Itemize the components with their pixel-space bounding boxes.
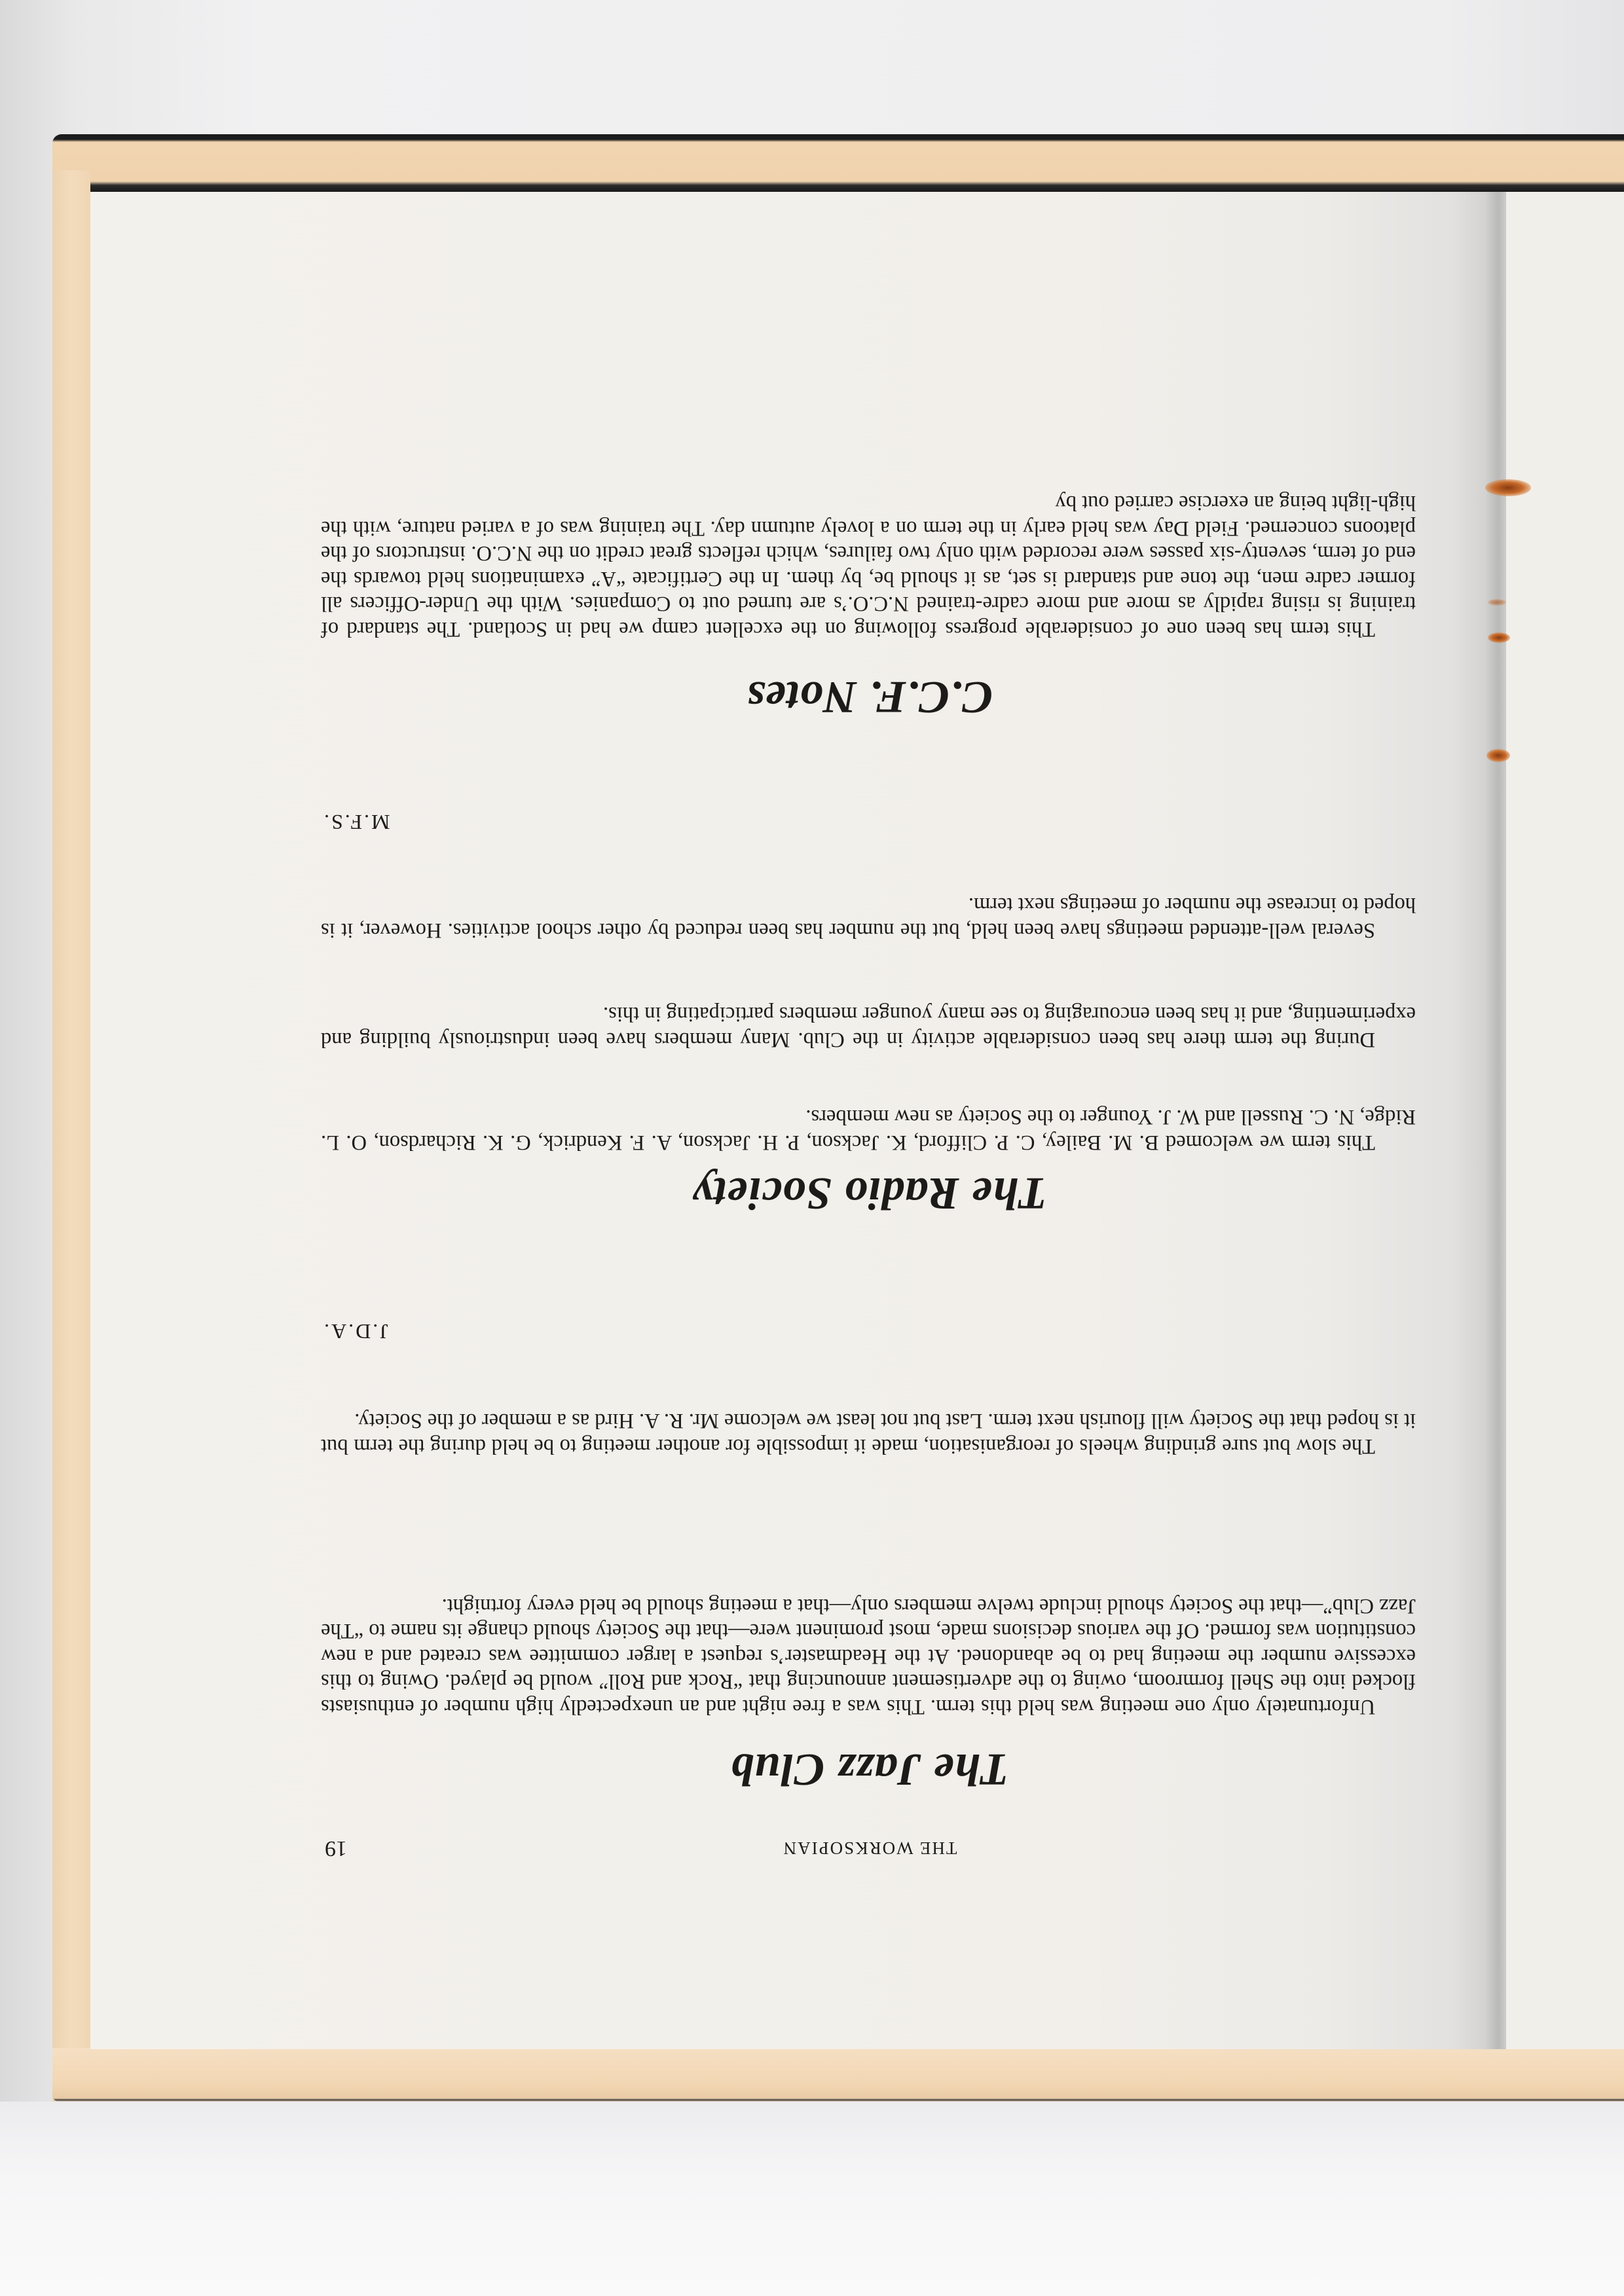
facing-page-edge [1506, 192, 1624, 2049]
section-title-ccf-notes: C.C.F. Notes [322, 670, 1417, 723]
running-header: THE WORKSOPIAN 19 [322, 1834, 1417, 1858]
radio-society-paragraph-1: This term we welcomed B. M. Bailey, C. P… [320, 1104, 1417, 1155]
staple-rust-stain [1488, 599, 1506, 606]
publication-title: THE WORKSOPIAN [322, 1838, 1417, 1858]
staple-rust-stain [1488, 632, 1510, 643]
radio-society-paragraph-3: Several well-attended meetings have been… [320, 892, 1417, 943]
jazz-club-signature: J.D.A. [303, 1319, 1417, 1343]
scanner-background [0, 2102, 1624, 2296]
radio-society-paragraph-2: During the term there has been considera… [320, 1002, 1417, 1052]
cover-edge-bottom [52, 2048, 1624, 2102]
section-title-jazz-club: The Jazz Club [322, 1743, 1417, 1795]
staple-rust-stain [1486, 749, 1510, 762]
jazz-club-paragraph-2: The slow but sure grinding wheels of reo… [320, 1408, 1417, 1459]
page-number: 19 [325, 1836, 347, 1861]
cover-edge-left [52, 170, 90, 2102]
ccf-notes-paragraph-1: This term has been one of considerable p… [320, 490, 1417, 642]
jazz-club-paragraph-1: Unfortunately only one meeting was held … [320, 1594, 1417, 1720]
section-title-radio-society: The Radio Society [322, 1167, 1417, 1219]
cover-edge-top [52, 134, 1624, 192]
staple-rust-stain [1485, 479, 1531, 496]
radio-society-signature: M.F.S. [303, 810, 1417, 834]
page-content-rotated: THE WORKSOPIAN 19 The Jazz Club Unfortun… [322, 412, 1417, 1867]
